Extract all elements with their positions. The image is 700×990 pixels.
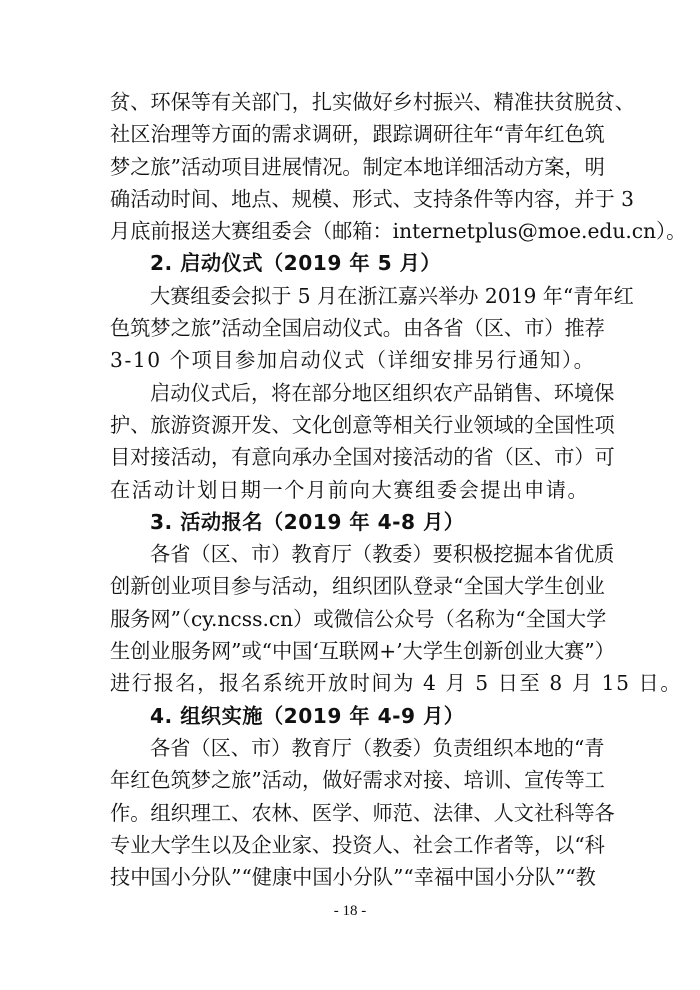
text-line: 社区治理等方面的需求调研，跟踪调研往年“青年红色筑 bbox=[110, 118, 594, 150]
text-line: 专业大学生以及企业家、投资人、社会工作者等，以“科 bbox=[110, 829, 594, 861]
text-line: 大赛组委会拟于 5 月在浙江嘉兴举办 2019 年“青年红 bbox=[110, 280, 594, 312]
text-line: 年红色筑梦之旅”活动，做好需求对接、培训、宣传等工 bbox=[110, 764, 594, 796]
text-line: 启动仪式后，将在部分地区组织农产品销售、环境保 bbox=[110, 377, 594, 409]
text-line: 3-10 个项目参加启动仪式（详细安排另行通知）。 bbox=[110, 344, 594, 376]
text-line: 创新创业项目参与活动，组织团队登录“全国大学生创业 bbox=[110, 570, 594, 602]
text-line: 月底前报送大赛组委会（邮箱：internetplus@moe.edu.cn）。 bbox=[110, 215, 594, 247]
text-line: 服务网”（cy.ncss.cn）或微信公众号（名称为“全国大学 bbox=[110, 603, 594, 635]
text-line: 技中国小分队”“健康中国小分队”“幸福中国小分队”“教 bbox=[110, 861, 594, 893]
text-line: 确活动时间、地点、规模、形式、支持条件等内容，并于 3 bbox=[110, 183, 594, 215]
text-line: 梦之旅”活动项目进展情况。制定本地详细活动方案，明 bbox=[110, 151, 594, 183]
section-heading-implementation: 4. 组织实施（2019 年 4-9 月） bbox=[110, 700, 594, 732]
page-number: - 18 - bbox=[0, 903, 700, 920]
document-body: 贫、环保等有关部门，扎实做好乡村振兴、精准扶贫脱贫、 社区治理等方面的需求调研，… bbox=[110, 86, 594, 893]
text-line: 色筑梦之旅”活动全国启动仪式。由各省（区、市）推荐 bbox=[110, 312, 594, 344]
text-line: 在活动计划日期一个月前向大赛组委会提出申请。 bbox=[110, 474, 594, 506]
text-line: 各省（区、市）教育厅（教委）要积极挖掘本省优质 bbox=[110, 538, 594, 570]
section-heading-registration: 3. 活动报名（2019 年 4-8 月） bbox=[110, 506, 594, 538]
text-line: 各省（区、市）教育厅（教委）负责组织本地的“青 bbox=[110, 732, 594, 764]
text-line: 护、旅游资源开发、文化创意等相关行业领域的全国性项 bbox=[110, 409, 594, 441]
text-line: 生创业服务网”或“中国‘互联网+’大学生创新创业大赛”） bbox=[110, 635, 594, 667]
text-line: 目对接活动，有意向承办全国对接活动的省（区、市）可 bbox=[110, 441, 594, 473]
text-line: 作。组织理工、农林、医学、师范、法律、人文社科等各 bbox=[110, 797, 594, 829]
text-line: 贫、环保等有关部门，扎实做好乡村振兴、精准扶贫脱贫、 bbox=[110, 86, 594, 118]
text-line: 进行报名，报名系统开放时间为 4 月 5 日至 8 月 15 日。 bbox=[110, 667, 594, 699]
section-heading-launch-ceremony: 2. 启动仪式（2019 年 5 月） bbox=[110, 247, 594, 279]
